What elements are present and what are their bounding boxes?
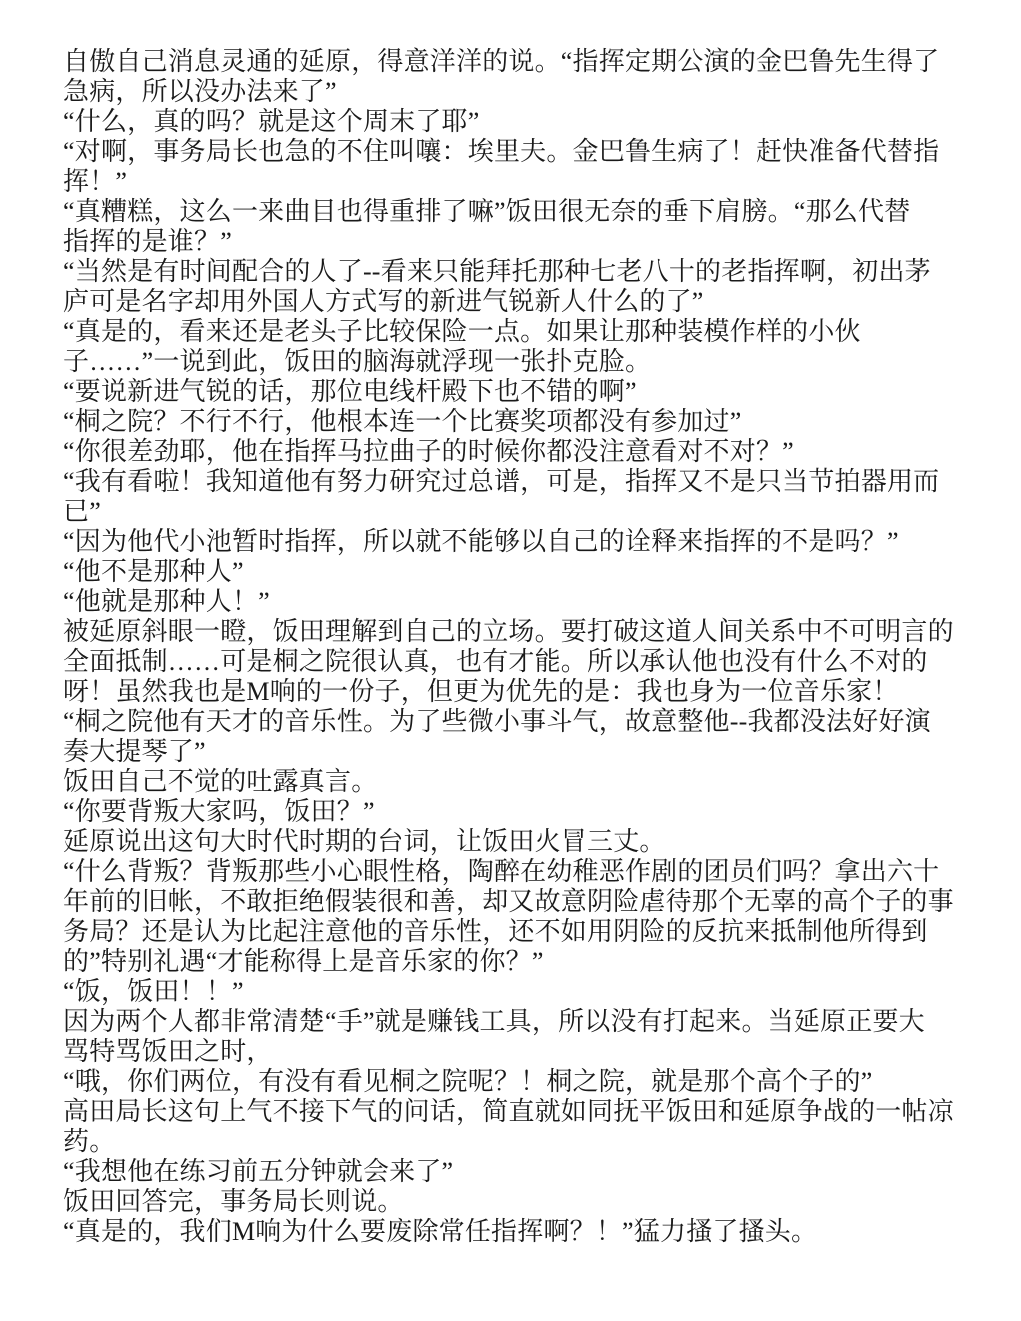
text-line: 自傲自己消息灵通的延原，得意洋洋的说。“指挥定期公演的金巴鲁先生得了 xyxy=(63,47,968,77)
text-line: “哦，你们两位，有没有看见桐之院呢？！桐之院，就是那个高个子的” xyxy=(63,1067,968,1097)
text-line: “因为他代小池暂时指挥，所以就不能够以自己的诠释来指挥的不是吗？” xyxy=(63,527,968,557)
text-line: 奏大提琴了” xyxy=(63,737,968,767)
text-line: “我有看啦！我知道他有努力研究过总谱，可是，指挥又不是只当节拍器用而 xyxy=(63,467,968,497)
text-line: 挥！” xyxy=(63,167,968,197)
text-line: 延原说出这句大时代时期的台词，让饭田火冒三丈。 xyxy=(63,827,968,857)
text-line: 子……”一说到此，饭田的脑海就浮现一张扑克脸。 xyxy=(63,347,968,377)
text-line: “他就是那种人！” xyxy=(63,587,968,617)
text-line: 药。 xyxy=(63,1127,968,1157)
text-line: “桐之院？不行不行，他根本连一个比赛奖项都没有参加过” xyxy=(63,407,968,437)
document-page: 自傲自己消息灵通的延原，得意洋洋的说。“指挥定期公演的金巴鲁先生得了急病，所以没… xyxy=(0,0,1021,1321)
text-line: “什么，真的吗？就是这个周末了耶” xyxy=(63,107,968,137)
text-block: 自傲自己消息灵通的延原，得意洋洋的说。“指挥定期公演的金巴鲁先生得了急病，所以没… xyxy=(63,47,968,1247)
text-line: 全面抵制……可是桐之院很认真，也有才能。所以承认他也没有什么不对的 xyxy=(63,647,968,677)
text-line: 因为两个人都非常清楚“手”就是赚钱工具，所以没有打起来。当延原正要大 xyxy=(63,1007,968,1037)
text-line: 指挥的是谁？” xyxy=(63,227,968,257)
text-line: “要说新进气锐的话，那位电线杆殿下也不错的啊” xyxy=(63,377,968,407)
text-line: “饭，饭田！！” xyxy=(63,977,968,1007)
text-line: “他不是那种人” xyxy=(63,557,968,587)
text-line: 庐可是名字却用外国人方式写的新进气锐新人什么的了” xyxy=(63,287,968,317)
text-line: “什么背叛？背叛那些小心眼性格，陶醉在幼稚恶作剧的团员们吗？拿出六十 xyxy=(63,857,968,887)
text-line: 饭田回答完，事务局长则说。 xyxy=(63,1187,968,1217)
text-line: “真糟糕，这么一来曲目也得重排了嘛”饭田很无奈的垂下肩膀。“那么代替 xyxy=(63,197,968,227)
text-line: “我想他在练习前五分钟就会来了” xyxy=(63,1157,968,1187)
text-line: “真是的，我们M响为什么要废除常任指挥啊？！”猛力搔了搔头。 xyxy=(63,1217,968,1247)
text-line: 年前的旧帐，不敢拒绝假装很和善，却又故意阴险虐待那个无辜的高个子的事 xyxy=(63,887,968,917)
text-line: 已” xyxy=(63,497,968,527)
text-line: 骂特骂饭田之时， xyxy=(63,1037,968,1067)
text-line: “你很差劲耶，他在指挥马拉曲子的时候你都没注意看对不对？” xyxy=(63,437,968,467)
text-line: 务局？还是认为比起注意他的音乐性，还不如用阴险的反抗来抵制他所得到 xyxy=(63,917,968,947)
text-line: 高田局长这句上气不接下气的问话，简直就如同抚平饭田和延原争战的一帖凉 xyxy=(63,1097,968,1127)
text-line: 呀！虽然我也是M响的一份子，但更为优先的是：我也身为一位音乐家！ xyxy=(63,677,968,707)
text-line: “真是的，看来还是老头子比较保险一点。如果让那种装模作样的小伙 xyxy=(63,317,968,347)
text-line: 的”特别礼遇“才能称得上是音乐家的你？” xyxy=(63,947,968,977)
text-line: 饭田自己不觉的吐露真言。 xyxy=(63,767,968,797)
text-line: “对啊，事务局长也急的不住叫嚷：埃里夫。金巴鲁生病了！赶快准备代替指 xyxy=(63,137,968,167)
text-line: “桐之院他有天才的音乐性。为了些微小事斗气，故意整他--我都没法好好演 xyxy=(63,707,968,737)
text-line: 被延原斜眼一瞪，饭田理解到自己的立场。要打破这道人间关系中不可明言的 xyxy=(63,617,968,647)
text-line: 急病，所以没办法来了” xyxy=(63,77,968,107)
text-line: “当然是有时间配合的人了--看来只能拜托那种七老八十的老指挥啊，初出茅 xyxy=(63,257,968,287)
text-line: “你要背叛大家吗，饭田？” xyxy=(63,797,968,827)
